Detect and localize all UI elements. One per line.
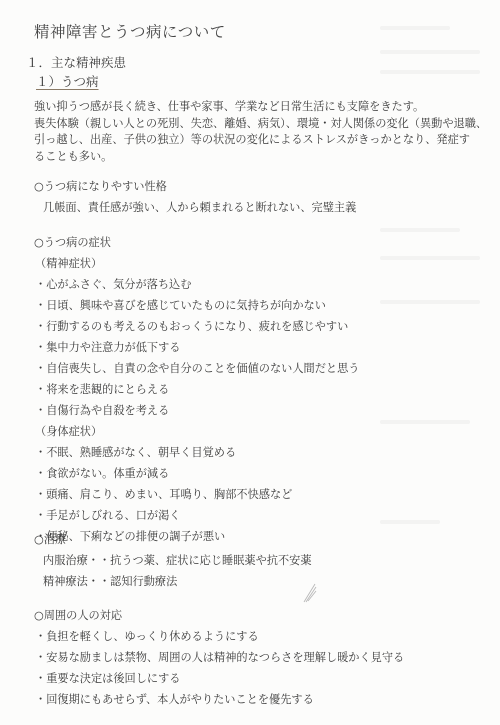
bleed-through-mark	[380, 70, 480, 74]
document-title: 精神障害とうつ病について	[34, 20, 226, 42]
treatment-item: 精神療法・・認知行動療法	[34, 571, 312, 592]
intro-line: 喪失体験（親しい人との死別、失恋、離婚、病気）、環境・対人関係の変化（異動や退職…	[34, 116, 474, 133]
bleed-through-mark	[380, 50, 480, 54]
symptom-item: ・日頃、興味や喜びを感じていたものに気持ちが向かない	[34, 295, 359, 316]
symptom-item: ・将来を悲観的にとらえる	[34, 379, 359, 400]
intro-line: 引っ越し、出産、子供の独立）等の状況の変化によるストレスがきっかとなり、発症す	[34, 132, 474, 149]
bleed-through-mark	[380, 256, 480, 260]
bleed-through-mark	[380, 420, 470, 424]
symptom-item: ・行動するのも考えるのもおっくうになり、疲れを感じやすい	[34, 316, 359, 337]
support-heading: ○周囲の人の対応	[34, 605, 404, 626]
intro-line: 強い抑うつ感が長く続き、仕事や家事、学業など日常生活にも支障をきたす。	[34, 99, 474, 116]
personality-text: 几帳面、責任感が強い、人から頼まれると断れない、完璧主義	[34, 197, 356, 218]
personality-section: ○うつ病になりやすい性格 几帳面、責任感が強い、人から頼まれると断れない、完璧主…	[34, 176, 356, 218]
subsection-heading: １）うつ病	[36, 72, 99, 90]
symptom-item: ・心がふさぐ、気分が落ち込む	[34, 274, 359, 295]
bleed-through-mark	[380, 26, 450, 30]
support-item: ・重要な決定は後回しにする	[34, 668, 404, 689]
treatment-section: ○治療 内服治療・・抗うつ薬、症状に応じ睡眠薬や抗不安薬 精神療法・・認知行動療…	[34, 529, 312, 592]
treatment-item: 内服治療・・抗うつ薬、症状に応じ睡眠薬や抗不安薬	[34, 550, 312, 571]
physical-symptoms-label: （身体症状）	[34, 421, 359, 442]
symptom-item: ・頭痛、肩こり、めまい、耳鳴り、胸部不快感など	[34, 484, 359, 505]
symptoms-section: ○うつ病の症状 （精神症状） ・心がふさぐ、気分が落ち込む ・日頃、興味や喜びを…	[34, 232, 359, 547]
symptom-item: ・自傷行為や自殺を考える	[34, 400, 359, 421]
bleed-through-mark	[380, 228, 460, 232]
support-item: ・負担を軽くし、ゆっくり休めるようにする	[34, 626, 404, 647]
support-item: ・回復期にもあせらず、本人がやりたいことを優先する	[34, 689, 404, 710]
pencil-scribble-mark	[302, 578, 318, 604]
symptom-item: ・集中力や注意力が低下する	[34, 337, 359, 358]
section-heading: １．主な精神疾患	[26, 53, 126, 71]
symptom-item: ・食欲がない。体重が減る	[34, 463, 359, 484]
symptom-item: ・手足がしびれる、口が渇く	[34, 505, 359, 526]
personality-heading: ○うつ病になりやすい性格	[34, 176, 356, 197]
intro-paragraph: 強い抑うつ感が長く続き、仕事や家事、学業など日常生活にも支障をきたす。 喪失体験…	[34, 99, 474, 165]
symptom-item: ・不眠、熟睡感がなく、朝早く目覚める	[34, 442, 359, 463]
mental-symptoms-label: （精神症状）	[34, 253, 359, 274]
support-section: ○周囲の人の対応 ・負担を軽くし、ゆっくり休めるようにする ・安易な励ましは禁物…	[34, 605, 404, 710]
symptoms-heading: ○うつ病の症状	[34, 232, 359, 253]
symptom-item: ・自信喪失し、自責の念や自分のことを価値のない人間だと思う	[34, 358, 359, 379]
scanned-document-page: 精神障害とうつ病について １．主な精神疾患 １）うつ病 強い抑うつ感が長く続き、…	[0, 0, 500, 725]
treatment-heading: ○治療	[34, 529, 312, 550]
bleed-through-mark	[380, 300, 480, 304]
intro-line: ることも多い。	[34, 149, 474, 166]
bleed-through-mark	[380, 520, 440, 524]
support-item: ・安易な励ましは禁物、周囲の人は精神的なつらさを理解し暖かく見守る	[34, 647, 404, 668]
